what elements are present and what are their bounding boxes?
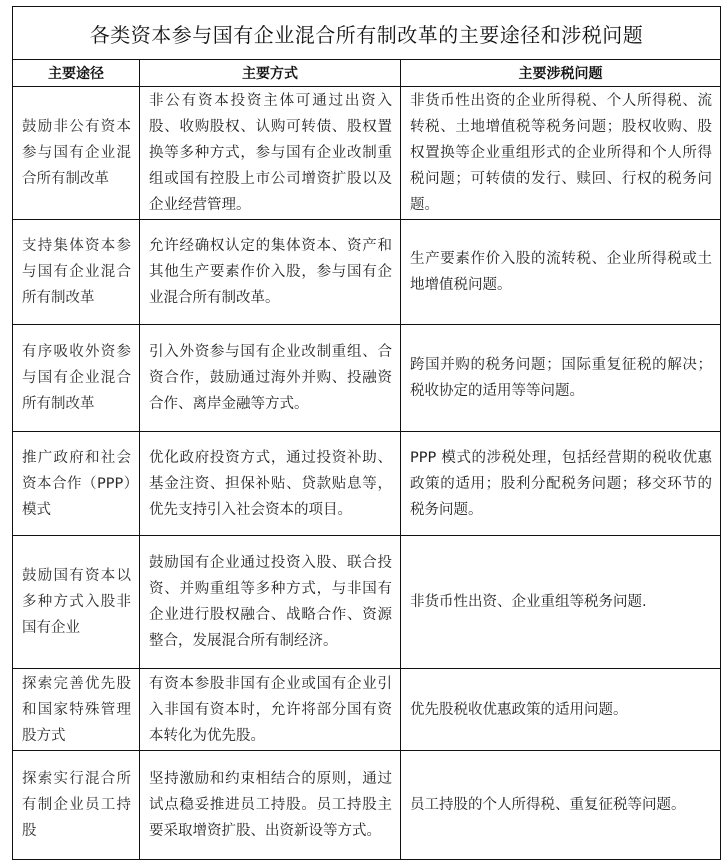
table-row: 探索完善优先股和国家特殊管理股方式 有资本参股非国有企业或国有企业引入非国有资本…: [13, 669, 721, 751]
header-path: 主要途径: [13, 60, 140, 87]
path-cell: 有序吸收外资参与国有企业混合所有制改革: [13, 325, 140, 432]
path-cell: 支持集体资本参与国有企业混合所有制改革: [13, 220, 140, 325]
method-cell: 有资本参股非国有企业或国有企业引入非国有资本时，允许将部分国有资本转化为优先股。: [140, 669, 401, 751]
method-cell: 优化政府投资方式，通过投资补助、基金注资、担保补贴、贷款贴息等，优先支持引入社会…: [140, 432, 401, 536]
tax-reform-table: 各类资本参与国有企业混合所有制改革的主要途径和涉税问题 主要途径 主要方式 主要…: [12, 6, 721, 860]
table-row: 鼓励非公有资本参与国有企业混合所有制改革 非公有资本投资主体可通过出资入股、收购…: [13, 87, 721, 220]
tax-issue-cell: 生产要素作价入股的流转税、企业所得税或土地增值税问题。: [401, 220, 721, 325]
header-row: 主要途径 主要方式 主要涉税问题: [13, 60, 721, 87]
method-cell: 非公有资本投资主体可通过出资入股、收购股权、认购可转债、股权置换等多种方式，参与…: [140, 87, 401, 220]
method-cell: 允许经确权认定的集体资本、资产和其他生产要素作价入股，参与国有企业混合所有制改革…: [140, 220, 401, 325]
tax-issue-cell: 优先股税收优惠政策的适用问题。: [401, 669, 721, 751]
method-cell: 引入外资参与国有企业改制重组、合资合作，鼓励通过海外并购、投融资合作、离岸金融等…: [140, 325, 401, 432]
table-row: 推广政府和社会资本合作（PPP）模式 优化政府投资方式，通过投资补助、基金注资、…: [13, 432, 721, 536]
table-row: 有序吸收外资参与国有企业混合所有制改革 引入外资参与国有企业改制重组、合资合作，…: [13, 325, 721, 432]
tax-issue-cell: 跨国并购的税务问题；国际重复征税的解决；税收协定的适用等等问题。: [401, 325, 721, 432]
path-cell: 鼓励非公有资本参与国有企业混合所有制改革: [13, 87, 140, 220]
tax-issue-cell: 非货币性出资、企业重组等税务问题.: [401, 536, 721, 669]
header-method: 主要方式: [140, 60, 401, 87]
method-cell: 坚持激励和约束相结合的原则，通过试点稳妥推进员工持股。员工持股主要采取增资扩股、…: [140, 751, 401, 860]
path-cell: 探索完善优先股和国家特殊管理股方式: [13, 669, 140, 751]
table-row: 探索实行混合所有制企业员工持股 坚持激励和约束相结合的原则，通过试点稳妥推进员工…: [13, 751, 721, 860]
method-cell: 鼓励国有企业通过投资入股、联合投资、并购重组等多种方式，与非国有企业进行股权融合…: [140, 536, 401, 669]
tax-issue-cell: PPP 模式的涉税处理，包括经营期的税收优惠政策的适用；股利分配税务问题；移交环…: [401, 432, 721, 536]
tax-issue-cell: 员工持股的个人所得税、重复征税等问题。: [401, 751, 721, 860]
path-cell: 推广政府和社会资本合作（PPP）模式: [13, 432, 140, 536]
table-row: 支持集体资本参与国有企业混合所有制改革 允许经确权认定的集体资本、资产和其他生产…: [13, 220, 721, 325]
path-cell: 探索实行混合所有制企业员工持股: [13, 751, 140, 860]
title-row: 各类资本参与国有企业混合所有制改革的主要途径和涉税问题: [13, 7, 721, 60]
table-title: 各类资本参与国有企业混合所有制改革的主要途径和涉税问题: [13, 7, 721, 60]
path-cell: 鼓励国有资本以多种方式入股非国有企业: [13, 536, 140, 669]
tax-issue-cell: 非货币性出资的企业所得税、个人所得税、流转税、土地增值税等税务问题；股权收购、股…: [401, 87, 721, 220]
table-row: 鼓励国有资本以多种方式入股非国有企业 鼓励国有企业通过投资入股、联合投资、并购重…: [13, 536, 721, 669]
header-tax-issues: 主要涉税问题: [401, 60, 721, 87]
